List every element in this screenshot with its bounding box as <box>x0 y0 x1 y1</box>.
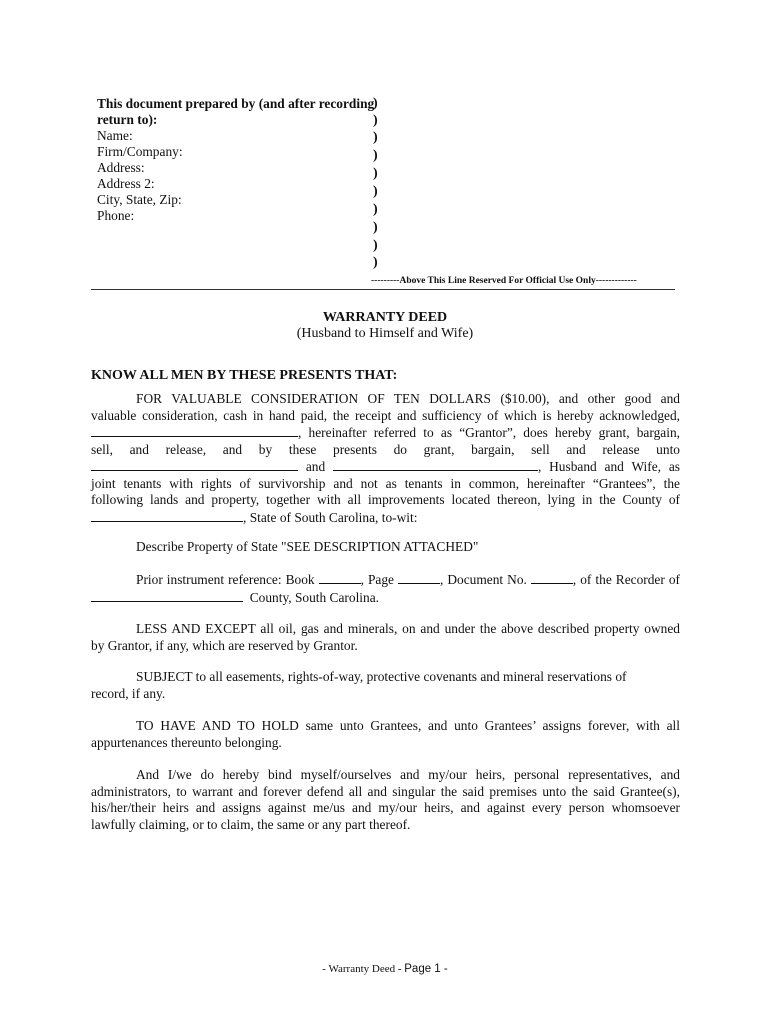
official-use-notice: ---------Above This Line Reserved For Of… <box>371 276 637 286</box>
book-blank[interactable] <box>319 571 361 584</box>
paragraph-line: TO HAVE AND TO HOLD same unto Grantees, … <box>91 718 680 735</box>
address-field-label: Address: <box>97 160 145 176</box>
footer-doc-name: - Warranty Deed - <box>322 963 404 975</box>
paragraph-line: appurtenances thereunto belonging. <box>91 735 680 752</box>
describe-property-line: Describe Property of State "SEE DESCRIPT… <box>136 539 478 555</box>
bracket-paren: ) <box>373 113 378 129</box>
firm-company-field-label: Firm/Company: <box>97 144 183 160</box>
warranty-paragraph: And I/we do hereby bind myself/ourselves… <box>91 767 680 833</box>
grantee-husband-blank[interactable] <box>91 458 298 471</box>
address2-field-label: Address 2: <box>97 176 155 192</box>
grantor-name-blank[interactable] <box>91 424 298 437</box>
official-use-divider <box>91 289 675 290</box>
return-to-label: return to): <box>97 112 157 128</box>
bracket-paren: ) <box>373 184 378 200</box>
bracket-paren: ) <box>373 220 378 236</box>
paragraph-line: sell, and release, and by these presents… <box>91 442 680 459</box>
paragraph-line: County, South Carolina. <box>91 589 680 607</box>
consideration-paragraph: FOR VALUABLE CONSIDERATION OF TEN DOLLAR… <box>91 391 680 526</box>
paragraph-line: lawfully claiming, or to claim, the same… <box>91 817 680 834</box>
know-all-heading: KNOW ALL MEN BY THESE PRESENTS THAT: <box>91 368 397 384</box>
name-field-label: Name: <box>97 128 133 144</box>
paragraph-line: , State of South Carolina, to-wit: <box>91 509 680 527</box>
document-no-blank[interactable] <box>531 571 573 584</box>
paragraph-line: FOR VALUABLE CONSIDERATION OF TEN DOLLAR… <box>91 391 680 408</box>
paragraph-line: following lands and property, together w… <box>91 492 680 509</box>
paragraph-line: LESS AND EXCEPT all oil, gas and mineral… <box>91 621 680 638</box>
paragraph-line: SUBJECT to all easements, rights-of-way,… <box>91 669 680 686</box>
bracket-paren: ) <box>373 202 378 218</box>
grantee-wife-blank[interactable] <box>333 458 538 471</box>
page-blank[interactable] <box>398 571 440 584</box>
city-state-zip-field-label: City, State, Zip: <box>97 192 182 208</box>
paragraph-line: And I/we do hereby bind myself/ourselves… <box>91 767 680 784</box>
page-footer: - Warranty Deed - Page 1 - <box>0 963 770 975</box>
document-title: WARRANTY DEED <box>0 310 770 326</box>
paragraph-line: administrators, to warrant and forever d… <box>91 784 680 801</box>
paragraph-line: , hereinafter referred to as “Grantor”, … <box>91 424 680 442</box>
paragraph-line: by Grantor, if any, which are reserved b… <box>91 638 680 655</box>
phone-field-label: Phone: <box>97 208 134 224</box>
bracket-paren: ) <box>373 166 378 182</box>
prepared-by-label: This document prepared by (and after rec… <box>97 96 374 112</box>
paragraph-line: and , Husband and Wife, as <box>91 458 680 476</box>
subject-paragraph: SUBJECT to all easements, rights-of-way,… <box>91 669 680 702</box>
habendum-paragraph: TO HAVE AND TO HOLD same unto Grantees, … <box>91 718 680 751</box>
bracket-paren: ) <box>373 238 378 254</box>
paragraph-line: his/her/their heirs and assigns against … <box>91 800 680 817</box>
paragraph-line: Prior instrument reference: Book , Page … <box>91 571 680 589</box>
paragraph-line: record, if any. <box>91 686 680 703</box>
less-and-except-paragraph: LESS AND EXCEPT all oil, gas and mineral… <box>91 621 680 654</box>
paragraph-line: valuable consideration, cash in hand pai… <box>91 408 680 425</box>
document-subtitle: (Husband to Himself and Wife) <box>0 326 770 342</box>
page-number: Page 1 - <box>404 963 447 975</box>
prior-instrument-paragraph: Prior instrument reference: Book , Page … <box>91 571 680 606</box>
bracket-paren: ) <box>373 255 378 271</box>
bracket-paren: ) <box>373 96 378 112</box>
county-blank[interactable] <box>91 509 243 522</box>
recorder-county-blank[interactable] <box>91 589 243 602</box>
bracket-paren: ) <box>373 130 378 146</box>
bracket-paren: ) <box>373 148 378 164</box>
paragraph-line: joint tenants with rights of survivorshi… <box>91 476 680 493</box>
